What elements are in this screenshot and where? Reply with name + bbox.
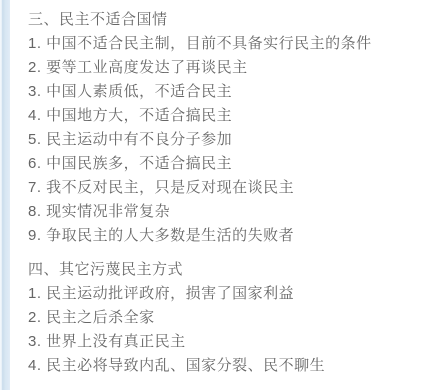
list-item: 1. 民主运动批评政府，损害了国家利益 [28, 282, 424, 306]
section-three-democracy-not-suitable: 三、民主不适合国情 1. 中国不适合民主制，目前不具备实行民主的条件 2. 要等… [28, 8, 424, 248]
list-item: 8. 现实情况非常复杂 [28, 200, 424, 224]
section-heading: 三、民主不适合国情 [28, 8, 424, 32]
section-four-other-smears: 四、其它污蔑民主方式 1. 民主运动批评政府，损害了国家利益 2. 民主之后杀全… [28, 258, 424, 378]
list-item: 1. 中国不适合民主制，目前不具备实行民主的条件 [28, 32, 424, 56]
list-item: 5. 民主运动中有不良分子参加 [28, 128, 424, 152]
list-item: 3. 中国人素质低，不适合民主 [28, 80, 424, 104]
section-heading: 四、其它污蔑民主方式 [28, 258, 424, 282]
list-item: 4. 中国地方大，不适合搞民主 [28, 104, 424, 128]
list-item: 2. 民主之后杀全家 [28, 306, 424, 330]
list-item: 3. 世界上没有真正民主 [28, 330, 424, 354]
document-content: 三、民主不适合国情 1. 中国不适合民主制，目前不具备实行民主的条件 2. 要等… [28, 0, 424, 378]
list-item: 6. 中国民族多，不适合搞民主 [28, 152, 424, 176]
list-item: 7. 我不反对民主，只是反对现在谈民主 [28, 176, 424, 200]
left-margin-strip [0, 0, 10, 390]
list-item: 4. 民主必将导致内乱、国家分裂、民不聊生 [28, 354, 424, 378]
list-item: 2. 要等工业高度发达了再谈民主 [28, 56, 424, 80]
list-item: 9. 争取民主的人大多数是生活的失败者 [28, 224, 424, 248]
